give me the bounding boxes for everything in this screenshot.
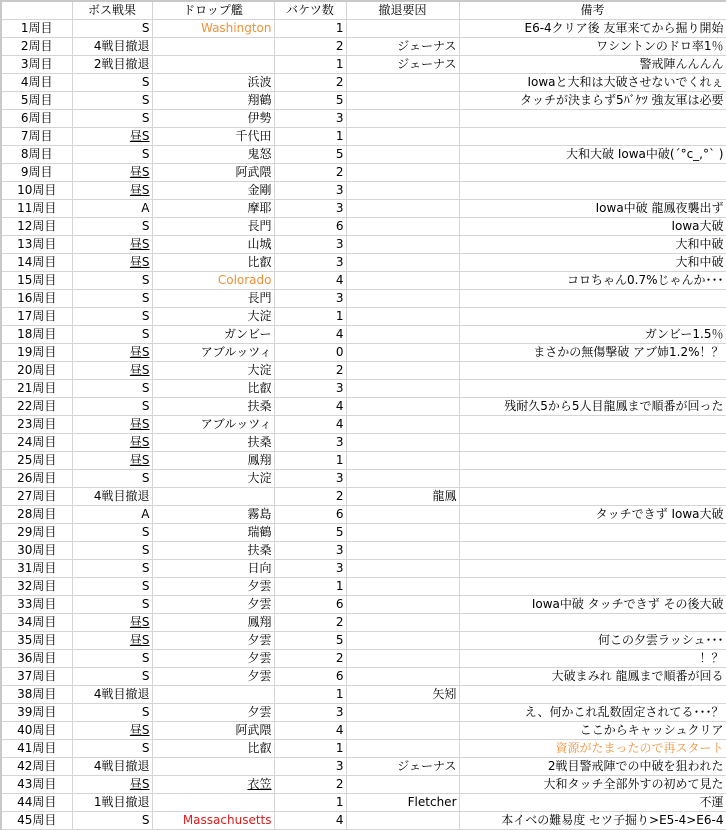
drop-ship-cell[interactable]: 夕雲 [152, 596, 274, 614]
bucket-count-cell[interactable]: 1 [274, 308, 346, 326]
drop-ship-cell[interactable] [152, 38, 274, 56]
table-row: 3周目2戦目撤退1ジェーナス警戒陣んんんん [2, 56, 726, 74]
note-cell[interactable] [459, 362, 726, 380]
drop-ship-cell[interactable]: 比叡 [152, 740, 274, 758]
header-notes[interactable]: 備考 [459, 2, 726, 20]
run-cell[interactable]: 4周目 [2, 74, 72, 92]
run-cell[interactable]: 13周目 [2, 236, 72, 254]
note-cell[interactable] [459, 380, 726, 398]
drop-ship-cell[interactable]: アブルッツィ [152, 344, 274, 362]
drop-ship-cell[interactable]: 夕雲 [152, 578, 274, 596]
table-row: 18周目Sガンビー4ガンビー1.5％ [2, 326, 726, 344]
run-cell[interactable]: 36周目 [2, 650, 72, 668]
run-cell[interactable]: 32周目 [2, 578, 72, 596]
note-cell[interactable] [459, 182, 726, 200]
boss-result-cell[interactable]: S [72, 740, 152, 758]
boss-result-cell[interactable]: 昼S [72, 416, 152, 434]
drop-ship-cell[interactable]: 大淀 [152, 308, 274, 326]
boss-result-cell[interactable]: S [72, 326, 152, 344]
bucket-count-cell[interactable]: 3 [274, 380, 346, 398]
note-cell[interactable]: ガンビー1.5％ [459, 326, 726, 344]
boss-result-cell[interactable]: 4戦目撤退 [72, 488, 152, 506]
drop-ship-cell[interactable]: 鳳翔 [152, 452, 274, 470]
table-row: 28周目A霧島6タッチできず Iowa大破 [2, 506, 726, 524]
retreat-reason-cell[interactable] [346, 470, 459, 488]
drop-ship-cell[interactable] [152, 794, 274, 812]
note-cell[interactable] [459, 686, 726, 704]
drop-ship-cell[interactable]: Colorado [152, 272, 274, 290]
run-cell[interactable]: 33周目 [2, 596, 72, 614]
drop-ship-cell[interactable]: 浜波 [152, 74, 274, 92]
bucket-count-cell[interactable]: 3 [274, 290, 346, 308]
header-boss-result[interactable]: ボス戦果 [72, 2, 152, 20]
run-cell[interactable]: 43周目 [2, 776, 72, 794]
retreat-reason-cell[interactable] [346, 578, 459, 596]
run-cell[interactable]: 5周目 [2, 92, 72, 110]
retreat-reason-cell[interactable] [346, 398, 459, 416]
retreat-reason-cell[interactable] [346, 290, 459, 308]
drop-ship-cell[interactable] [152, 56, 274, 74]
run-cell[interactable]: 10周目 [2, 182, 72, 200]
note-cell[interactable]: Iowaと大和は大破させないでくれぇ [459, 74, 726, 92]
boss-result-cell[interactable]: S [72, 74, 152, 92]
note-cell[interactable]: タッチが決まらず5ﾊﾞｹﾂ 強友軍は必要 [459, 92, 726, 110]
run-cell[interactable]: 8周目 [2, 146, 72, 164]
bucket-count-cell[interactable]: 6 [274, 218, 346, 236]
boss-result-cell[interactable]: S [72, 596, 152, 614]
note-cell[interactable]: 資源がたまったので再スタート [459, 740, 726, 758]
bucket-count-cell[interactable]: 5 [274, 524, 346, 542]
bucket-count-cell[interactable]: 4 [274, 398, 346, 416]
boss-result-cell[interactable]: S [72, 218, 152, 236]
retreat-reason-cell[interactable] [346, 704, 459, 722]
note-cell[interactable]: Iowa大破 [459, 218, 726, 236]
retreat-reason-cell[interactable] [346, 308, 459, 326]
drop-ship-cell[interactable]: 阿武隈 [152, 164, 274, 182]
bucket-count-cell[interactable]: 4 [274, 326, 346, 344]
retreat-reason-cell[interactable] [346, 650, 459, 668]
retreat-reason-cell[interactable]: ジェーナス [346, 38, 459, 56]
boss-result-cell[interactable]: 1戦目撤退 [72, 794, 152, 812]
table-row: 34周目昼S鳳翔2 [2, 614, 726, 632]
drop-ship-cell[interactable]: 長門 [152, 218, 274, 236]
boss-result-cell[interactable]: 昼S [72, 254, 152, 272]
note-cell[interactable] [459, 560, 726, 578]
drop-ship-cell[interactable]: Washington [152, 20, 274, 38]
retreat-reason-cell[interactable] [346, 110, 459, 128]
boss-result-cell[interactable]: S [72, 110, 152, 128]
boss-result-cell[interactable]: S [72, 560, 152, 578]
drop-log-table: ボス戦果 ドロップ艦 バケツ数 撤退要因 備考 1周目SWashington1E… [2, 2, 726, 830]
run-cell[interactable]: 9周目 [2, 164, 72, 182]
boss-result-cell[interactable]: 昼S [72, 236, 152, 254]
boss-result-cell[interactable]: S [72, 470, 152, 488]
table-row: 14周目昼S比叡3大和中破 [2, 254, 726, 272]
retreat-reason-cell[interactable] [346, 92, 459, 110]
bucket-count-cell[interactable]: 2 [274, 38, 346, 56]
note-cell[interactable] [459, 614, 726, 632]
run-cell[interactable]: 44周目 [2, 794, 72, 812]
boss-result-cell[interactable]: 2戦目撤退 [72, 56, 152, 74]
run-cell[interactable]: 16周目 [2, 290, 72, 308]
drop-ship-cell[interactable]: 日向 [152, 560, 274, 578]
boss-result-cell[interactable]: S [72, 398, 152, 416]
run-cell[interactable]: 39周目 [2, 704, 72, 722]
boss-result-cell[interactable]: 昼S [72, 614, 152, 632]
boss-result-cell[interactable]: S [72, 146, 152, 164]
retreat-reason-cell[interactable] [346, 632, 459, 650]
bucket-count-cell[interactable]: 4 [274, 812, 346, 830]
boss-result-cell[interactable]: 昼S [72, 722, 152, 740]
boss-result-cell[interactable]: 昼S [72, 344, 152, 362]
note-cell[interactable] [459, 452, 726, 470]
boss-result-cell[interactable]: S [72, 668, 152, 686]
table-row: 42周目4戦目撤退3ジェーナス2戦目警戒陣での中破を狙われた [2, 758, 726, 776]
boss-result-cell[interactable]: S [72, 650, 152, 668]
retreat-reason-cell[interactable] [346, 812, 459, 830]
note-cell[interactable]: Iowa中破 龍鳳夜襲出ず [459, 200, 726, 218]
run-cell[interactable]: 14周目 [2, 254, 72, 272]
note-cell[interactable]: ここからキャッシュクリア [459, 722, 726, 740]
run-cell[interactable]: 22周目 [2, 398, 72, 416]
run-cell[interactable]: 15周目 [2, 272, 72, 290]
bucket-count-cell[interactable]: 1 [274, 56, 346, 74]
run-cell[interactable]: 18周目 [2, 326, 72, 344]
boss-result-cell[interactable]: 昼S [72, 632, 152, 650]
drop-ship-cell[interactable]: 夕雲 [152, 650, 274, 668]
bucket-count-cell[interactable]: 6 [274, 596, 346, 614]
run-cell[interactable]: 19周目 [2, 344, 72, 362]
bucket-count-cell[interactable]: 5 [274, 146, 346, 164]
retreat-reason-cell[interactable]: 矢矧 [346, 686, 459, 704]
bucket-count-cell[interactable]: 3 [274, 236, 346, 254]
retreat-reason-cell[interactable] [346, 128, 459, 146]
retreat-reason-cell[interactable] [346, 272, 459, 290]
drop-ship-cell[interactable]: 瑞鶴 [152, 524, 274, 542]
spreadsheet: ボス戦果 ドロップ艦 バケツ数 撤退要因 備考 1周目SWashington1E… [0, 0, 726, 830]
run-cell[interactable]: 45周目 [2, 812, 72, 830]
run-cell[interactable]: 23周目 [2, 416, 72, 434]
drop-ship-cell[interactable]: 霧島 [152, 506, 274, 524]
run-cell[interactable]: 7周目 [2, 128, 72, 146]
note-cell[interactable]: まさかの無傷撃破 アブ姉1.2%！？ [459, 344, 726, 362]
note-cell[interactable]: え、何かこれ乱数固定されてる･･･？ [459, 704, 726, 722]
note-cell[interactable]: 大破まみれ 龍鳳まで順番が回る [459, 668, 726, 686]
boss-result-cell[interactable]: A [72, 506, 152, 524]
retreat-reason-cell[interactable] [346, 434, 459, 452]
note-cell[interactable]: コロちゃん0.7%じゃんか･･･ [459, 272, 726, 290]
bucket-count-cell[interactable]: 1 [274, 452, 346, 470]
bucket-count-cell[interactable]: 3 [274, 704, 346, 722]
bucket-count-cell[interactable]: 2 [274, 488, 346, 506]
drop-ship-cell[interactable]: 伊勢 [152, 110, 274, 128]
retreat-reason-cell[interactable] [346, 596, 459, 614]
note-cell[interactable]: 2戦目警戒陣での中破を狙われた [459, 758, 726, 776]
retreat-reason-cell[interactable] [346, 74, 459, 92]
table-row: 30周目S扶桑3 [2, 542, 726, 560]
retreat-reason-cell[interactable] [346, 452, 459, 470]
note-cell[interactable] [459, 578, 726, 596]
run-cell[interactable]: 37周目 [2, 668, 72, 686]
retreat-reason-cell[interactable] [346, 326, 459, 344]
note-cell[interactable]: E6-4クリア後 友軍来てから掘り開始 [459, 20, 726, 38]
boss-result-cell[interactable]: 4戦目撤退 [72, 38, 152, 56]
boss-result-cell[interactable]: A [72, 200, 152, 218]
run-cell[interactable]: 1周目 [2, 20, 72, 38]
bucket-count-cell[interactable]: 2 [274, 776, 346, 794]
table-row: 37周目S夕雲6大破まみれ 龍鳳まで順番が回る [2, 668, 726, 686]
note-cell[interactable] [459, 524, 726, 542]
run-cell[interactable]: 34周目 [2, 614, 72, 632]
note-cell[interactable]: 大和中破 [459, 254, 726, 272]
table-row: 23周目昼Sアブルッツィ4 [2, 416, 726, 434]
retreat-reason-cell[interactable] [346, 740, 459, 758]
bucket-count-cell[interactable]: 3 [274, 182, 346, 200]
table-row: 39周目S夕雲3え、何かこれ乱数固定されてる･･･？ [2, 704, 726, 722]
run-cell[interactable]: 11周目 [2, 200, 72, 218]
note-cell[interactable] [459, 128, 726, 146]
drop-ship-cell[interactable]: 扶桑 [152, 434, 274, 452]
run-cell[interactable]: 41周目 [2, 740, 72, 758]
bucket-count-cell[interactable]: 3 [274, 254, 346, 272]
retreat-reason-cell[interactable]: 龍鳳 [346, 488, 459, 506]
drop-ship-cell[interactable]: 比叡 [152, 380, 274, 398]
drop-ship-cell[interactable]: 扶桑 [152, 542, 274, 560]
drop-ship-cell[interactable]: 長門 [152, 290, 274, 308]
retreat-reason-cell[interactable]: ジェーナス [346, 56, 459, 74]
table-row: 17周目S大淀1 [2, 308, 726, 326]
drop-ship-cell[interactable] [152, 758, 274, 776]
bucket-count-cell[interactable]: 3 [274, 110, 346, 128]
run-cell[interactable]: 6周目 [2, 110, 72, 128]
bucket-count-cell[interactable]: 3 [274, 200, 346, 218]
table-row: 1周目SWashington1E6-4クリア後 友軍来てから掘り開始 [2, 20, 726, 38]
table-row: 10周目昼S金剛3 [2, 182, 726, 200]
drop-ship-cell[interactable]: 衣笠 [152, 776, 274, 794]
run-cell[interactable]: 28周目 [2, 506, 72, 524]
bucket-count-cell[interactable]: 6 [274, 668, 346, 686]
drop-ship-cell[interactable]: 比叡 [152, 254, 274, 272]
header-bucket-count[interactable]: バケツ数 [274, 2, 346, 20]
note-cell[interactable] [459, 308, 726, 326]
retreat-reason-cell[interactable] [346, 668, 459, 686]
note-cell[interactable] [459, 542, 726, 560]
boss-result-cell[interactable]: 昼S [72, 164, 152, 182]
drop-ship-cell[interactable]: ガンビー [152, 326, 274, 344]
drop-ship-cell[interactable]: 大淀 [152, 362, 274, 380]
drop-ship-cell[interactable]: 夕雲 [152, 668, 274, 686]
bucket-count-cell[interactable]: 6 [274, 506, 346, 524]
boss-result-cell[interactable]: S [72, 578, 152, 596]
boss-result-cell[interactable]: 昼S [72, 452, 152, 470]
drop-ship-cell[interactable]: 夕雲 [152, 704, 274, 722]
run-cell[interactable]: 38周目 [2, 686, 72, 704]
bucket-count-cell[interactable]: 5 [274, 92, 346, 110]
table-row: 31周目S日向3 [2, 560, 726, 578]
table-row: 32周目S夕雲1 [2, 578, 726, 596]
drop-ship-cell[interactable]: アブルッツィ [152, 416, 274, 434]
bucket-count-cell[interactable]: 1 [274, 128, 346, 146]
run-cell[interactable]: 17周目 [2, 308, 72, 326]
retreat-reason-cell[interactable] [346, 506, 459, 524]
run-cell[interactable]: 3周目 [2, 56, 72, 74]
bucket-count-cell[interactable]: 4 [274, 722, 346, 740]
boss-result-cell[interactable]: S [72, 290, 152, 308]
retreat-reason-cell[interactable] [346, 722, 459, 740]
bucket-count-cell[interactable]: 0 [274, 344, 346, 362]
boss-result-cell[interactable]: 4戦目撤退 [72, 686, 152, 704]
boss-result-cell[interactable]: S [72, 542, 152, 560]
drop-ship-cell[interactable] [152, 488, 274, 506]
drop-ship-cell[interactable]: 翔鶴 [152, 92, 274, 110]
note-cell[interactable]: ワシントンのドロ率1％ [459, 38, 726, 56]
boss-result-cell[interactable]: 4戦目撤退 [72, 758, 152, 776]
boss-result-cell[interactable]: S [72, 308, 152, 326]
note-cell[interactable]: 何この夕雲ラッシュ･･･ [459, 632, 726, 650]
note-cell[interactable]: 本イベの難易度 セツ子掘り>E5-4>E6-4 [459, 812, 726, 830]
note-cell[interactable]: 大和タッチ全部外すの初めて見た [459, 776, 726, 794]
retreat-reason-cell[interactable]: Fletcher [346, 794, 459, 812]
drop-ship-cell[interactable] [152, 686, 274, 704]
retreat-reason-cell[interactable] [346, 416, 459, 434]
header-run[interactable] [2, 2, 72, 20]
retreat-reason-cell[interactable] [346, 560, 459, 578]
bucket-count-cell[interactable]: 2 [274, 164, 346, 182]
bucket-count-cell[interactable]: 3 [274, 560, 346, 578]
retreat-reason-cell[interactable] [346, 200, 459, 218]
run-cell[interactable]: 12周目 [2, 218, 72, 236]
boss-result-cell[interactable]: 昼S [72, 362, 152, 380]
run-cell[interactable]: 24周目 [2, 434, 72, 452]
run-cell[interactable]: 25周目 [2, 452, 72, 470]
retreat-reason-cell[interactable] [346, 542, 459, 560]
retreat-reason-cell[interactable] [346, 614, 459, 632]
retreat-reason-cell[interactable] [346, 236, 459, 254]
bucket-count-cell[interactable]: 2 [274, 74, 346, 92]
bucket-count-cell[interactable]: 3 [274, 758, 346, 776]
note-cell[interactable]: 大和中破 [459, 236, 726, 254]
header-retreat-reason[interactable]: 撤退要因 [346, 2, 459, 20]
retreat-reason-cell[interactable] [346, 380, 459, 398]
drop-ship-cell[interactable]: 大淀 [152, 470, 274, 488]
retreat-reason-cell[interactable] [346, 182, 459, 200]
note-cell[interactable] [459, 290, 726, 308]
bucket-count-cell[interactable]: 1 [274, 578, 346, 596]
drop-ship-cell[interactable]: 鬼怒 [152, 146, 274, 164]
note-cell[interactable]: 警戒陣んんんん [459, 56, 726, 74]
table-row: 2周目4戦目撤退2ジェーナスワシントンのドロ率1％ [2, 38, 726, 56]
drop-ship-cell[interactable]: 金剛 [152, 182, 274, 200]
note-cell[interactable]: 大和大破 Iowa中破(´°c_,°` ) [459, 146, 726, 164]
drop-ship-cell[interactable]: 夕雲 [152, 632, 274, 650]
bucket-count-cell[interactable]: 2 [274, 650, 346, 668]
run-cell[interactable]: 20周目 [2, 362, 72, 380]
bucket-count-cell[interactable]: 4 [274, 416, 346, 434]
drop-ship-cell[interactable]: 鳳翔 [152, 614, 274, 632]
retreat-reason-cell[interactable] [346, 146, 459, 164]
bucket-count-cell[interactable]: 5 [274, 632, 346, 650]
run-cell[interactable]: 29周目 [2, 524, 72, 542]
run-cell[interactable]: 40周目 [2, 722, 72, 740]
header-drop-ship[interactable]: ドロップ艦 [152, 2, 274, 20]
bucket-count-cell[interactable]: 1 [274, 20, 346, 38]
run-cell[interactable]: 27周目 [2, 488, 72, 506]
bucket-count-cell[interactable]: 4 [274, 272, 346, 290]
note-cell[interactable] [459, 164, 726, 182]
retreat-reason-cell[interactable] [346, 362, 459, 380]
note-cell[interactable]: 残耐久5から5人目龍鳳まで順番が回った [459, 398, 726, 416]
table-row: 20周目昼S大淀2 [2, 362, 726, 380]
note-cell[interactable] [459, 488, 726, 506]
note-cell[interactable] [459, 110, 726, 128]
table-row: 15周目SColorado4コロちゃん0.7%じゃんか･･･ [2, 272, 726, 290]
boss-result-cell[interactable]: 昼S [72, 434, 152, 452]
table-row: 21周目S比叡3 [2, 380, 726, 398]
run-cell[interactable]: 42周目 [2, 758, 72, 776]
bucket-count-cell[interactable]: 1 [274, 794, 346, 812]
retreat-reason-cell[interactable] [346, 254, 459, 272]
bucket-count-cell[interactable]: 3 [274, 434, 346, 452]
retreat-reason-cell[interactable]: ジェーナス [346, 758, 459, 776]
drop-ship-cell[interactable]: 扶桑 [152, 398, 274, 416]
retreat-reason-cell[interactable] [346, 776, 459, 794]
boss-result-cell[interactable]: 昼S [72, 128, 152, 146]
bucket-count-cell[interactable]: 2 [274, 614, 346, 632]
retreat-reason-cell[interactable] [346, 20, 459, 38]
note-cell[interactable] [459, 434, 726, 452]
bucket-count-cell[interactable]: 3 [274, 470, 346, 488]
retreat-reason-cell[interactable] [346, 218, 459, 236]
bucket-count-cell[interactable]: 1 [274, 740, 346, 758]
bucket-count-cell[interactable]: 2 [274, 362, 346, 380]
boss-result-cell[interactable]: S [72, 812, 152, 830]
boss-result-cell[interactable]: S [72, 524, 152, 542]
run-cell[interactable]: 30周目 [2, 542, 72, 560]
drop-ship-cell[interactable]: Massachusetts [152, 812, 274, 830]
note-cell[interactable]: タッチできず Iowa大破 [459, 506, 726, 524]
table-row: 26周目S大淀3 [2, 470, 726, 488]
drop-ship-cell[interactable]: 摩耶 [152, 200, 274, 218]
boss-result-cell[interactable]: S [72, 20, 152, 38]
run-cell[interactable]: 31周目 [2, 560, 72, 578]
boss-result-cell[interactable]: S [72, 704, 152, 722]
drop-ship-cell[interactable]: 阿武隈 [152, 722, 274, 740]
run-cell[interactable]: 21周目 [2, 380, 72, 398]
run-cell[interactable]: 2周目 [2, 38, 72, 56]
drop-ship-cell[interactable]: 千代田 [152, 128, 274, 146]
table-row: 16周目S長門3 [2, 290, 726, 308]
boss-result-cell[interactable]: S [72, 92, 152, 110]
note-cell[interactable]: ！？ [459, 650, 726, 668]
note-cell[interactable] [459, 470, 726, 488]
bucket-count-cell[interactable]: 3 [274, 542, 346, 560]
boss-result-cell[interactable]: 昼S [72, 776, 152, 794]
run-cell[interactable]: 35周目 [2, 632, 72, 650]
retreat-reason-cell[interactable] [346, 524, 459, 542]
boss-result-cell[interactable]: S [72, 380, 152, 398]
note-cell[interactable] [459, 416, 726, 434]
run-cell[interactable]: 26周目 [2, 470, 72, 488]
note-cell[interactable]: 不運 [459, 794, 726, 812]
table-row: 44周目1戦目撤退1Fletcher不運 [2, 794, 726, 812]
bucket-count-cell[interactable]: 1 [274, 686, 346, 704]
retreat-reason-cell[interactable] [346, 344, 459, 362]
note-cell[interactable]: Iowa中破 タッチできず その後大破 [459, 596, 726, 614]
boss-result-cell[interactable]: 昼S [72, 182, 152, 200]
retreat-reason-cell[interactable] [346, 164, 459, 182]
drop-ship-cell[interactable]: 山城 [152, 236, 274, 254]
boss-result-cell[interactable]: S [72, 272, 152, 290]
